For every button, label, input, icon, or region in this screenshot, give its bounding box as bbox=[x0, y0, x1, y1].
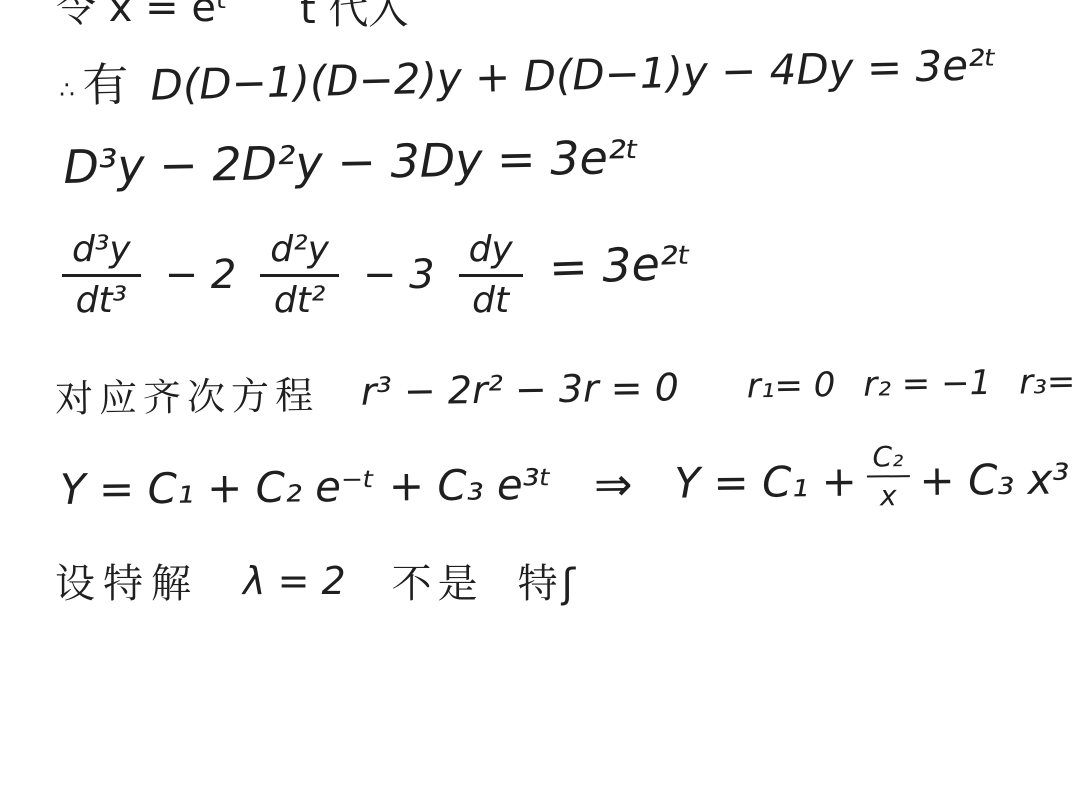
x-form-prefix: Y = C₁ + bbox=[674, 457, 857, 508]
minus-3-coefficient: − 3 bbox=[363, 252, 435, 298]
fraction-numerator: d²y bbox=[260, 230, 339, 277]
right-hand-side: = 3e²ᵗ bbox=[548, 236, 693, 295]
fraction-denominator: dt² bbox=[260, 277, 339, 321]
root-r3: r₃= 3 bbox=[1019, 361, 1080, 402]
have-word: 有 bbox=[82, 48, 130, 115]
x-form-suffix: + C₃ x³ bbox=[919, 455, 1069, 506]
operator-simplified-equation: D³y − 2D²y − 3Dy = 3e²ᵗ bbox=[63, 130, 640, 194]
implies-arrow-icon: ⇒ bbox=[594, 457, 633, 511]
fraction-denominator: dt³ bbox=[62, 277, 141, 321]
fraction-numerator: C₂ bbox=[866, 442, 909, 477]
general-solution-x-form: Y = C₁ + C₂ x + C₃ x³ bbox=[674, 444, 1070, 518]
homogeneous-equation-label: 对应齐次方程 bbox=[55, 364, 320, 423]
root-r1: r₁= 0 bbox=[747, 365, 836, 406]
lambda-condition: λ = 2 bbox=[243, 559, 346, 603]
characteristic-roots: r₁= 0 r₂ = −1 r₃= 3 bbox=[719, 361, 1080, 406]
fraction-numerator: d³y bbox=[62, 230, 141, 277]
minus-2-coefficient: − 2 bbox=[165, 252, 237, 298]
fraction-denominator: dt bbox=[459, 277, 523, 321]
operator-expansion-equation: D(D−1)(D−2)y + D(D−1)y − 4Dy = 3e²ᵗ bbox=[150, 40, 998, 114]
fraction-denominator: x bbox=[867, 477, 910, 512]
fraction-c2-over-x: C₂ x bbox=[866, 442, 910, 512]
assume-particular-label: 设特解 bbox=[55, 552, 199, 609]
particular-solution-line: 设特解 λ = 2 不是 特ʃ bbox=[55, 552, 579, 609]
derivative-form-line: d³y dt³ − 2 d²y dt² − 3 dy dt = 3e²ᵗ bbox=[62, 230, 691, 320]
characteristic-equation: r³ − 2r² − 3r = 0 bbox=[361, 365, 679, 413]
fraction-d3y-dt3: d³y dt³ bbox=[62, 230, 141, 320]
handwritten-notes-page: 令 x = eᵗ t 代入 ∴ 有 D(D−1)(D−2)y + D(D−1)y… bbox=[0, 0, 1080, 810]
fraction-dy-dt: dy dt bbox=[459, 230, 523, 320]
general-solution-line: Y = C₁ + C₂ e⁻ᵗ + C₃ e³ᵗ ⇒ Y = C₁ + C₂ x… bbox=[60, 444, 1070, 524]
clipped-top-line-fragment-a: 令 x = eᵗ bbox=[56, 0, 228, 33]
general-solution-t-form: Y = C₁ + C₂ e⁻ᵗ + C₃ e³ᵗ bbox=[60, 460, 552, 514]
operator-expansion-line: ∴ 有 D(D−1)(D−2)y + D(D−1)y − 4Dy = 3e²ᵗ bbox=[58, 27, 997, 116]
fraction-d2y-dt2: d²y dt² bbox=[260, 230, 339, 320]
fraction-numerator: dy bbox=[459, 230, 523, 277]
characteristic-equation-line: 对应齐次方程 r³ − 2r² − 3r = 0 r₁= 0 r₂ = −1 r… bbox=[55, 353, 1080, 423]
clipped-top-line-fragment-b: t 代入 bbox=[300, 0, 408, 35]
therefore-symbol: ∴ bbox=[59, 76, 75, 116]
root-r2: r₂ = −1 bbox=[863, 362, 991, 404]
characteristic-root-shorthand: 特ʃ bbox=[518, 552, 579, 609]
is-not-text: 不是 bbox=[392, 552, 484, 609]
